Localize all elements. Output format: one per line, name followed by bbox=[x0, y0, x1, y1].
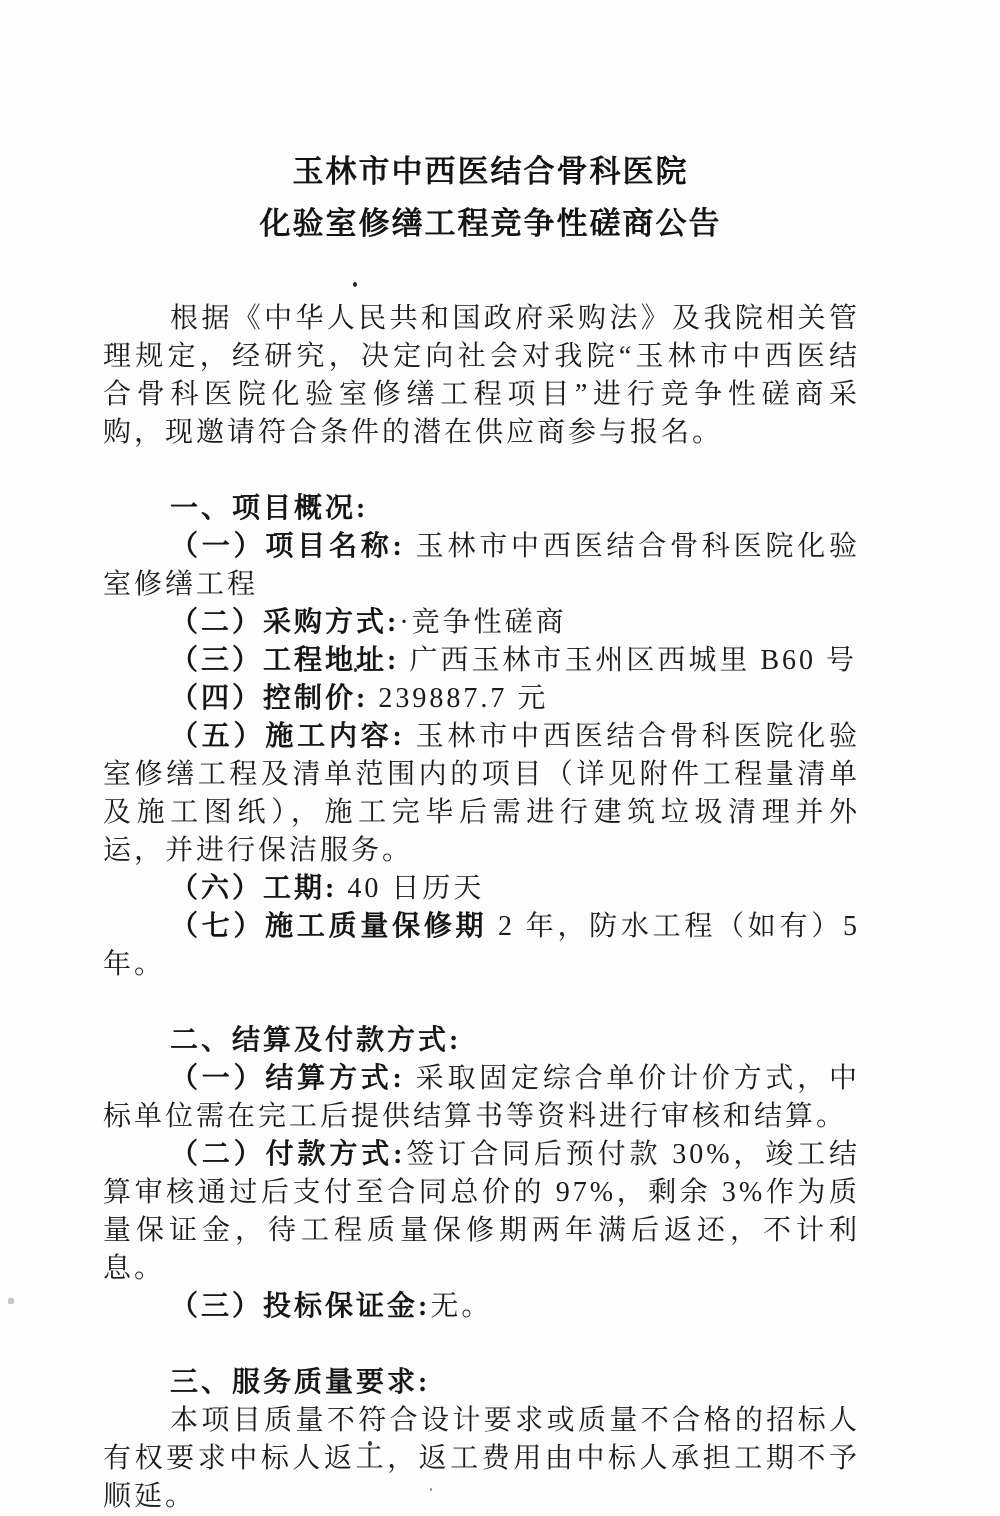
scanned-document-page: 玉林市中西医结合骨科医院 化验室修缮工程竞争性磋商公告 根据《中华人民共和国政府… bbox=[0, 0, 1000, 1516]
section-2-heading: 二、结算及付款方式: bbox=[103, 1022, 860, 1060]
clause-project-address-text: 广西玉林市玉州区西城里 B60 号 bbox=[409, 645, 857, 676]
clause-service-quality: 本项目质量不符合设计要求或质量不合格的招标人有权要求中标人返工，返工费用由中标人… bbox=[103, 1402, 860, 1516]
clause-construction-scope: （五）施工内容: 玉林市中西医结合骨科医院化验室修缮工程及清单范围内的项目（详见… bbox=[103, 718, 860, 870]
clause-project-name: （一）项目名称: 玉林市中西医结合骨科医院化验室修缮工程 bbox=[103, 528, 860, 604]
clause-control-price: （四）控制价: 239887.7 元 bbox=[103, 680, 860, 718]
clause-project-address: （三）工程地址: 广西玉林市玉州区西城里 B60 号 bbox=[103, 642, 860, 680]
clause-warranty-label: （七）施工质量保修期 bbox=[170, 911, 498, 942]
clause-payment-method-label: （二）付款方式: bbox=[170, 1139, 405, 1170]
intro-paragraph: 根据《中华人民共和国政府采购法》及我院相关管理规定，经研究，决定向社会对我院“玉… bbox=[103, 300, 860, 452]
scan-speck bbox=[354, 668, 357, 672]
document-title-line-1: 玉林市中西医结合骨科医院 bbox=[121, 146, 860, 198]
clause-procurement-method: （二）采购方式:·竞争性磋商 bbox=[103, 604, 860, 642]
clause-construction-scope-label: （五）施工内容: bbox=[170, 721, 416, 752]
clause-control-price-label: （四）控制价: bbox=[170, 683, 378, 714]
clause-control-price-text: 239887.7 元 bbox=[378, 683, 548, 714]
clause-settlement-method-label: （一）结算方式: bbox=[170, 1063, 416, 1094]
clause-duration-label: （六）工期: bbox=[170, 873, 347, 904]
clause-settlement-method: （一）结算方式: 采取固定综合单价计价方式，中标单位需在完工后提供结算书等资料进… bbox=[103, 1060, 860, 1136]
clause-duration-text: 40 日历天 bbox=[347, 873, 484, 904]
document-title-line-2: 化验室修缮工程竞争性磋商公告 bbox=[121, 198, 860, 250]
clause-bid-bond: （三）投标保证金:无。 bbox=[103, 1288, 860, 1326]
clause-bid-bond-text: 无。 bbox=[430, 1291, 492, 1322]
section-1-heading: 一、项目概况: bbox=[103, 490, 860, 528]
document-content: 玉林市中西医结合骨科医院 化验室修缮工程竞争性磋商公告 根据《中华人民共和国政府… bbox=[103, 146, 860, 1516]
clause-project-name-label: （一）项目名称: bbox=[170, 531, 416, 562]
clause-warranty: （七）施工质量保修期 2 年，防水工程（如有）5 年。 bbox=[103, 908, 860, 984]
clause-bid-bond-label: （三）投标保证金: bbox=[170, 1291, 430, 1322]
clause-project-address-label: （三）工程地址: bbox=[170, 645, 409, 676]
clause-procurement-method-label: （二）采购方式: bbox=[170, 607, 399, 638]
scan-speck bbox=[430, 1488, 432, 1491]
clause-duration: （六）工期: 40 日历天 bbox=[103, 870, 860, 908]
scan-speck bbox=[8, 1298, 14, 1304]
document-title: 玉林市中西医结合骨科医院 化验室修缮工程竞争性磋商公告 bbox=[121, 146, 860, 250]
clause-procurement-method-text: ·竞争性磋商 bbox=[399, 607, 566, 638]
section-3-heading: 三、服务质量要求: bbox=[103, 1364, 860, 1402]
clause-payment-method: （二）付款方式:签订合同后预付款 30%，竣工结算审核通过后支付至合同总价的 9… bbox=[103, 1136, 860, 1288]
scan-speck bbox=[368, 1441, 372, 1446]
scan-speck bbox=[353, 282, 357, 287]
